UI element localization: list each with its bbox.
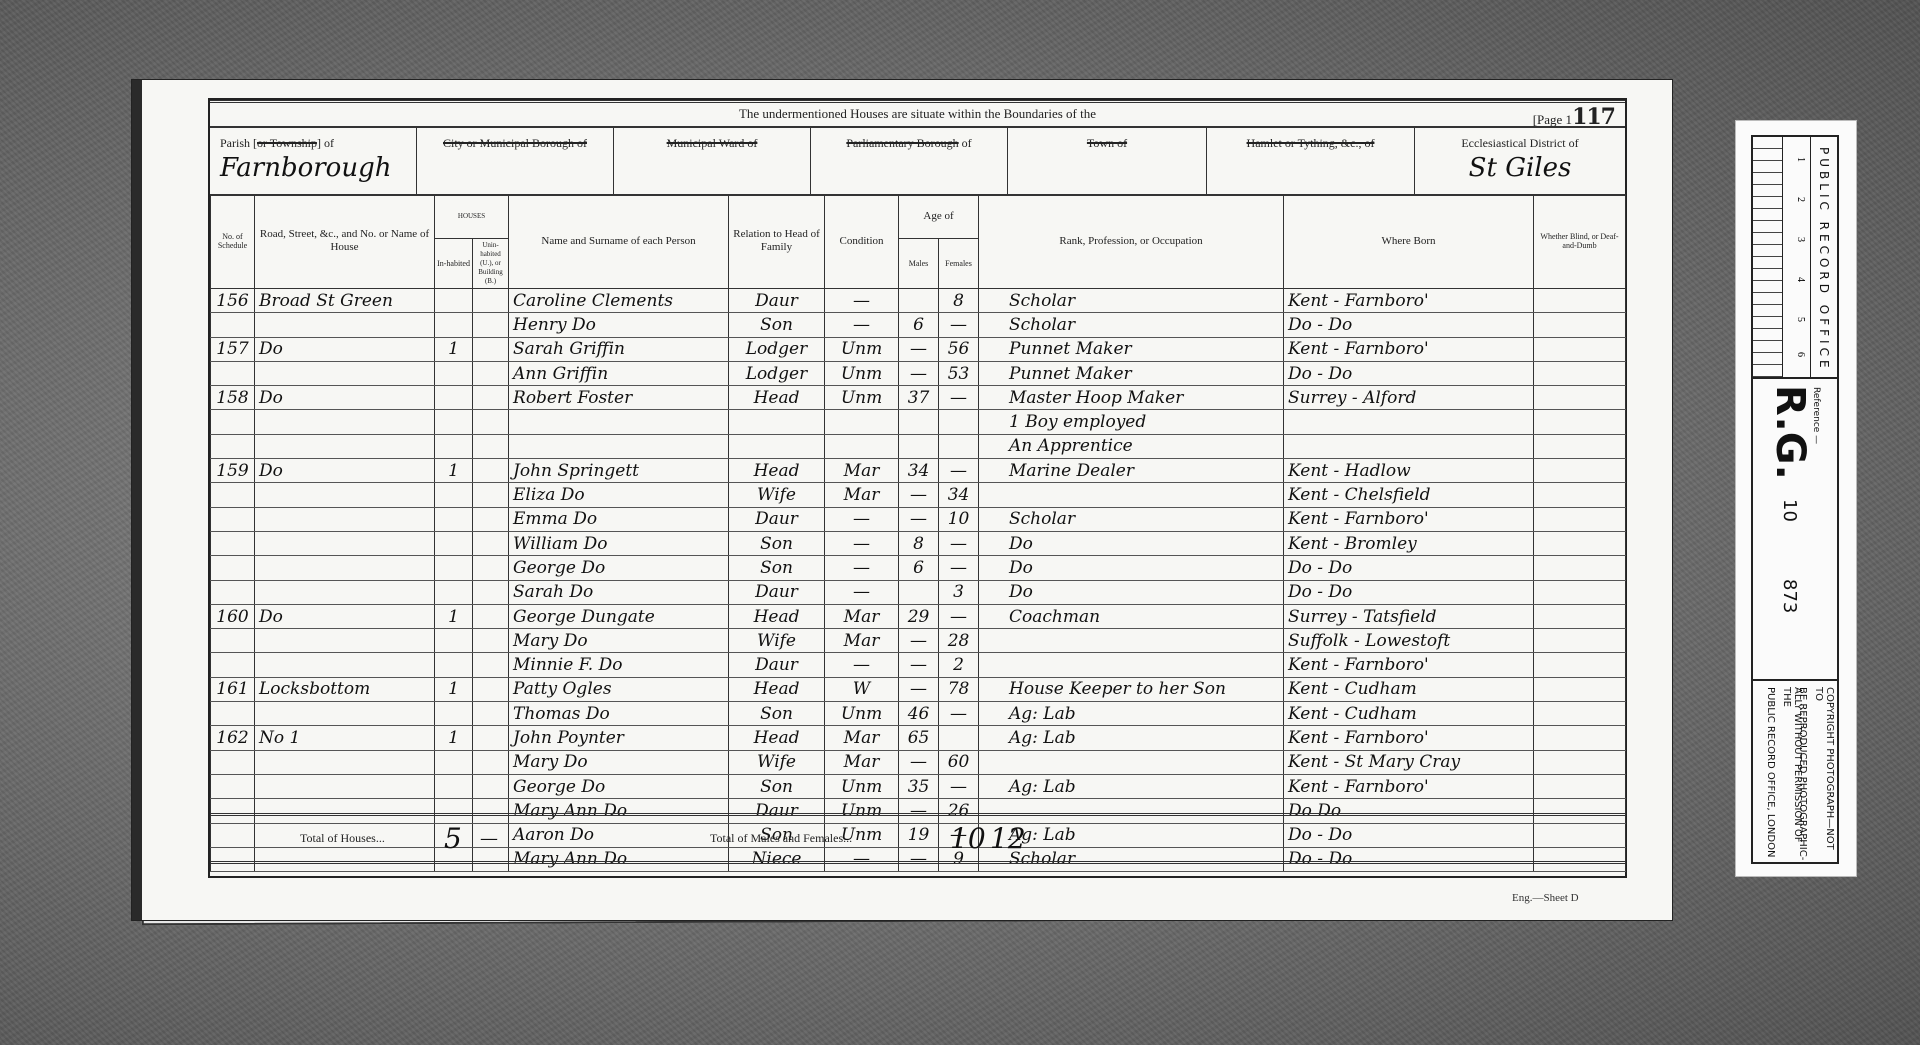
road-cell: Broad St Green — [255, 289, 435, 313]
inhabited-cell: 1 — [435, 604, 473, 628]
scale-mark: 4 — [1795, 277, 1806, 282]
born-cell: Surrey - Tatsfield — [1284, 604, 1534, 628]
relation-cell: Head — [729, 386, 825, 410]
relation-cell: Daur — [729, 653, 825, 677]
ecclesiastical-value: St Giles — [1415, 153, 1625, 183]
town-label: Town of — [1087, 136, 1127, 150]
table-row: Mary DoWifeMar—60Kent - St Mary Cray — [211, 750, 1626, 774]
name-cell: Mary Do — [509, 629, 729, 653]
relation-cell: Wife — [729, 750, 825, 774]
relation-cell: Son — [729, 702, 825, 726]
condition-cell: — — [825, 289, 899, 313]
parliamentary-cell: Parliamentary Borough of — [811, 128, 1008, 194]
uninhabited-cell — [473, 750, 509, 774]
schedule-cell: 159 — [211, 459, 255, 483]
table-row: 159Do1John SpringettHeadMar34—Marine Dea… — [211, 459, 1626, 483]
road-cell — [255, 774, 435, 798]
uninhabited-cell — [473, 459, 509, 483]
schedule-cell: 160 — [211, 604, 255, 628]
female-age-cell: 56 — [939, 337, 979, 361]
name-cell: George Do — [509, 774, 729, 798]
relation-cell: Wife — [729, 629, 825, 653]
parish-suffix: ] of — [317, 136, 334, 150]
road-cell: Do — [255, 604, 435, 628]
male-age-cell: — — [899, 750, 939, 774]
name-cell: Ann Griffin — [509, 361, 729, 385]
table-row: George DoSon—6—DoDo - Do — [211, 556, 1626, 580]
male-age-cell: — — [899, 677, 939, 701]
born-cell — [1284, 410, 1534, 434]
female-age-cell: — — [939, 313, 979, 337]
disability-cell — [1534, 507, 1626, 531]
road-cell: Locksbottom — [255, 677, 435, 701]
copyright-line-3: ALLY WITHOUT PERMISSION OF THE — [1781, 687, 1803, 862]
inhabited-cell — [435, 507, 473, 531]
born-cell: Do - Do — [1284, 580, 1534, 604]
inhabited-cell — [435, 580, 473, 604]
col-condition: Condition — [825, 194, 899, 289]
occupation-cell — [979, 750, 1284, 774]
female-age-cell — [939, 434, 979, 458]
male-age-cell — [899, 580, 939, 604]
occupation-cell — [979, 653, 1284, 677]
relation-cell: Son — [729, 313, 825, 337]
name-cell: Eliza Do — [509, 483, 729, 507]
born-cell: Do - Do — [1284, 361, 1534, 385]
occupation-cell: Ag: Lab — [979, 702, 1284, 726]
table-row: Emma DoDaur——10ScholarKent - Farnboro' — [211, 507, 1626, 531]
relation-cell — [729, 434, 825, 458]
table-row: 162No 11John PoynterHeadMar65Ag: LabKent… — [211, 726, 1626, 750]
condition-cell: — — [825, 556, 899, 580]
scale-mark: 3 — [1795, 237, 1806, 242]
header-row: No. of Schedule Road, Street, &c., and N… — [211, 194, 1626, 239]
condition-cell: Mar — [825, 604, 899, 628]
scale-mark: 1 — [1795, 157, 1806, 162]
col-disability: Whether Blind, or Deaf-and-Dumb — [1534, 194, 1626, 289]
census-rows: 156Broad St GreenCaroline ClementsDaur—8… — [211, 289, 1626, 872]
occupation-cell — [979, 483, 1284, 507]
disability-cell — [1534, 410, 1626, 434]
schedule-cell: 162 — [211, 726, 255, 750]
road-cell — [255, 750, 435, 774]
disability-cell — [1534, 313, 1626, 337]
male-age-cell: — — [899, 361, 939, 385]
uninhabited-cell — [473, 507, 509, 531]
condition-cell: — — [825, 507, 899, 531]
female-age-cell: — — [939, 604, 979, 628]
occupation-cell: Punnet Maker — [979, 337, 1284, 361]
schedule-cell — [211, 410, 255, 434]
table-row: Eliza DoWifeMar—34Kent - Chelsfield — [211, 483, 1626, 507]
name-cell: George Do — [509, 556, 729, 580]
female-age-cell: 60 — [939, 750, 979, 774]
female-age-cell: — — [939, 531, 979, 555]
road-cell — [255, 434, 435, 458]
name-cell: Henry Do — [509, 313, 729, 337]
male-age-cell: 34 — [899, 459, 939, 483]
name-cell: John Springett — [509, 459, 729, 483]
table-row: George DoSonUnm35—Ag: LabKent - Farnboro… — [211, 774, 1626, 798]
occupation-cell: Do — [979, 556, 1284, 580]
female-age-cell — [939, 410, 979, 434]
table-row: Sarah DoDaur—3DoDo - Do — [211, 580, 1626, 604]
name-cell: Sarah Do — [509, 580, 729, 604]
schedule-cell — [211, 774, 255, 798]
uninhabited-cell — [473, 556, 509, 580]
parish-label: Parish [ — [220, 136, 257, 150]
male-age-cell: 6 — [899, 556, 939, 580]
occupation-cell: Do — [979, 531, 1284, 555]
ruler-office: PUBLIC RECORD OFFICE — [1811, 137, 1837, 377]
female-age-cell: — — [939, 556, 979, 580]
col-schedule: No. of Schedule — [211, 194, 255, 289]
female-age-cell: — — [939, 702, 979, 726]
scale-mark: 5 — [1795, 317, 1806, 322]
born-cell: Kent - St Mary Cray — [1284, 750, 1534, 774]
col-relation: Relation to Head of Family — [729, 194, 825, 289]
totals-row: Total of Houses... 5 — Total of Males an… — [210, 813, 1625, 864]
name-cell: Minnie F. Do — [509, 653, 729, 677]
uninhabited-cell — [473, 677, 509, 701]
born-cell: Kent - Chelsfield — [1284, 483, 1534, 507]
female-age-cell: — — [939, 774, 979, 798]
col-road: Road, Street, &c., and No. or Name of Ho… — [255, 194, 435, 289]
road-cell — [255, 629, 435, 653]
top-rule — [210, 100, 1625, 103]
condition-cell: — — [825, 531, 899, 555]
disability-cell — [1534, 653, 1626, 677]
born-cell: Kent - Farnboro' — [1284, 507, 1534, 531]
name-cell: Patty Ogles — [509, 677, 729, 701]
occupation-cell: House Keeper to her Son — [979, 677, 1284, 701]
road-cell — [255, 410, 435, 434]
disability-cell — [1534, 629, 1626, 653]
uninhabited-cell — [473, 629, 509, 653]
disability-cell — [1534, 483, 1626, 507]
uninhabited-cell — [473, 531, 509, 555]
born-cell: Surrey - Alford — [1284, 386, 1534, 410]
male-age-cell: 8 — [899, 531, 939, 555]
total-persons-label: Total of Males and Females... — [710, 831, 852, 846]
condition-cell: Mar — [825, 459, 899, 483]
name-cell: John Poynter — [509, 726, 729, 750]
total-houses-uninhabited: — — [480, 828, 498, 849]
born-cell: Do - Do — [1284, 556, 1534, 580]
male-age-cell — [899, 410, 939, 434]
relation-cell: Wife — [729, 483, 825, 507]
table-row: 161Locksbottom1Patty OglesHeadW—78House … — [211, 677, 1626, 701]
name-cell: Thomas Do — [509, 702, 729, 726]
table-row: 158DoRobert FosterHeadUnm37—Master Hoop … — [211, 386, 1626, 410]
occupation-cell: Ag: Lab — [979, 774, 1284, 798]
disability-cell — [1534, 556, 1626, 580]
reference-block: Reference — R.G. 10 873 — [1753, 379, 1837, 681]
relation-cell: Head — [729, 677, 825, 701]
col-uninhabited: Unin-habited (U.), or Building (B.) — [473, 239, 509, 289]
born-cell — [1284, 434, 1534, 458]
schedule-cell — [211, 750, 255, 774]
male-age-cell: — — [899, 483, 939, 507]
table-row: 156Broad St GreenCaroline ClementsDaur—8… — [211, 289, 1626, 313]
uninhabited-cell — [473, 410, 509, 434]
road-cell: Do — [255, 386, 435, 410]
uninhabited-cell — [473, 653, 509, 677]
office-name: PUBLIC RECORD OFFICE — [1817, 147, 1831, 372]
inhabited-cell — [435, 556, 473, 580]
relation-cell: Head — [729, 459, 825, 483]
schedule-cell — [211, 507, 255, 531]
place-row: Parish [or Township] of Farnborough City… — [210, 126, 1625, 196]
col-males: Males — [899, 239, 939, 289]
relation-cell: Daur — [729, 507, 825, 531]
disability-cell — [1534, 774, 1626, 798]
inhabited-cell — [435, 531, 473, 555]
census-table: No. of Schedule Road, Street, &c., and N… — [210, 194, 1626, 872]
col-age: Age of — [899, 194, 979, 239]
table-row: An Apprentice — [211, 434, 1626, 458]
inhabited-cell — [435, 483, 473, 507]
disability-cell — [1534, 459, 1626, 483]
parliamentary-label: Parliamentary Borough — [846, 136, 958, 150]
census-form: The undermentioned Houses are situate wi… — [208, 98, 1627, 878]
ruler-ticks — [1753, 137, 1783, 377]
born-cell: Kent - Farnboro' — [1284, 653, 1534, 677]
col-occupation: Rank, Profession, or Occupation — [979, 194, 1284, 289]
schedule-cell: 156 — [211, 289, 255, 313]
table-row: William DoSon—8—DoKent - Bromley — [211, 531, 1626, 555]
road-cell — [255, 507, 435, 531]
occupation-cell: Do — [979, 580, 1284, 604]
occupation-cell: Master Hoop Maker — [979, 386, 1284, 410]
parish-struck: or Township — [257, 136, 317, 150]
condition-cell — [825, 434, 899, 458]
relation-cell: Head — [729, 604, 825, 628]
table-row: Thomas DoSonUnm46—Ag: LabKent - Cudham — [211, 702, 1626, 726]
table-row: 157Do1Sarah GriffinLodgerUnm—56Punnet Ma… — [211, 337, 1626, 361]
col-females: Females — [939, 239, 979, 289]
occupation-cell — [979, 629, 1284, 653]
road-cell — [255, 556, 435, 580]
road-cell — [255, 580, 435, 604]
copyright-line-1: COPYRIGHT PHOTOGRAPH—NOT TO — [1813, 687, 1835, 862]
sheet-label: Eng.—Sheet D — [1512, 892, 1579, 904]
scale-mark: 2 — [1795, 197, 1806, 202]
condition-cell: W — [825, 677, 899, 701]
born-cell: Suffolk - Lowestoft — [1284, 629, 1534, 653]
schedule-cell — [211, 361, 255, 385]
occupation-cell: Scholar — [979, 507, 1284, 531]
born-cell: Kent - Bromley — [1284, 531, 1534, 555]
uninhabited-cell — [473, 434, 509, 458]
male-age-cell: 37 — [899, 386, 939, 410]
uninhabited-cell — [473, 361, 509, 385]
road-cell — [255, 531, 435, 555]
inhabited-cell — [435, 702, 473, 726]
name-cell — [509, 410, 729, 434]
schedule-cell — [211, 531, 255, 555]
parliamentary-suffix: of — [959, 136, 972, 150]
female-age-cell: 8 — [939, 289, 979, 313]
inhabited-cell — [435, 289, 473, 313]
copyright-block: COPYRIGHT PHOTOGRAPH—NOT TO BE REPRODUCE… — [1753, 681, 1837, 862]
uninhabited-cell — [473, 313, 509, 337]
inhabited-cell — [435, 361, 473, 385]
ecclesiastical-label: Ecclesiastical District of — [1461, 136, 1578, 150]
uninhabited-cell — [473, 289, 509, 313]
relation-cell: Lodger — [729, 361, 825, 385]
name-cell: Robert Foster — [509, 386, 729, 410]
inhabited-cell — [435, 629, 473, 653]
occupation-cell: Coachman — [979, 604, 1284, 628]
name-cell: Sarah Griffin — [509, 337, 729, 361]
parish-value: Farnborough — [220, 153, 416, 183]
ruler-numbers: 1 2 3 4 5 6 — [1783, 137, 1811, 377]
col-born: Where Born — [1284, 194, 1534, 289]
disability-cell — [1534, 702, 1626, 726]
name-cell: William Do — [509, 531, 729, 555]
female-age-cell: — — [939, 459, 979, 483]
schedule-cell — [211, 556, 255, 580]
uninhabited-cell — [473, 774, 509, 798]
road-cell — [255, 361, 435, 385]
uninhabited-cell — [473, 726, 509, 750]
disability-cell — [1534, 580, 1626, 604]
male-age-cell: 65 — [899, 726, 939, 750]
occupation-cell: Scholar — [979, 289, 1284, 313]
male-age-cell: 29 — [899, 604, 939, 628]
borough-label: City or Municipal Borough of — [443, 136, 587, 150]
schedule-cell — [211, 483, 255, 507]
table-row: 160Do1George DungateHeadMar29—CoachmanSu… — [211, 604, 1626, 628]
uninhabited-cell — [473, 580, 509, 604]
female-age-cell: 28 — [939, 629, 979, 653]
schedule-cell: 158 — [211, 386, 255, 410]
condition-cell: Mar — [825, 629, 899, 653]
road-cell — [255, 313, 435, 337]
condition-cell: — — [825, 653, 899, 677]
ward-label: Municipal Ward of — [667, 136, 758, 150]
inhabited-cell — [435, 386, 473, 410]
town-cell: Town of — [1008, 128, 1207, 194]
condition-cell: — — [825, 313, 899, 337]
inhabited-cell: 1 — [435, 459, 473, 483]
relation-cell — [729, 410, 825, 434]
road-cell — [255, 702, 435, 726]
road-cell: No 1 — [255, 726, 435, 750]
name-cell: Mary Do — [509, 750, 729, 774]
occupation-cell: Scholar — [979, 313, 1284, 337]
condition-cell: Unm — [825, 774, 899, 798]
born-cell: Kent - Farnboro' — [1284, 337, 1534, 361]
born-cell: Do - Do — [1284, 313, 1534, 337]
occupation-cell: Punnet Maker — [979, 361, 1284, 385]
relation-cell: Son — [729, 774, 825, 798]
female-age-cell — [939, 726, 979, 750]
parish-cell: Parish [or Township] of Farnborough — [210, 128, 417, 194]
relation-cell: Son — [729, 556, 825, 580]
borough-cell: City or Municipal Borough of — [417, 128, 614, 194]
disability-cell — [1534, 386, 1626, 410]
born-cell: Kent - Hadlow — [1284, 459, 1534, 483]
male-age-cell: 35 — [899, 774, 939, 798]
female-age-cell: 2 — [939, 653, 979, 677]
disability-cell — [1534, 289, 1626, 313]
schedule-cell — [211, 702, 255, 726]
name-cell: George Dungate — [509, 604, 729, 628]
ecclesiastical-cell: Ecclesiastical District of St Giles — [1415, 128, 1625, 194]
total-houses-inhabited: 5 — [444, 822, 462, 855]
table-row: Mary DoWifeMar—28Suffolk - Lowestoft — [211, 629, 1626, 653]
reference-slip: 1 2 3 4 5 6 PUBLIC RECORD OFFICE Referen… — [1735, 120, 1857, 877]
condition-cell: Unm — [825, 386, 899, 410]
schedule-cell — [211, 313, 255, 337]
female-age-cell: 78 — [939, 677, 979, 701]
condition-cell: Unm — [825, 702, 899, 726]
condition-cell — [825, 410, 899, 434]
male-age-cell: — — [899, 653, 939, 677]
born-cell: Kent - Farnboro' — [1284, 726, 1534, 750]
disability-cell — [1534, 604, 1626, 628]
schedule-cell: 157 — [211, 337, 255, 361]
inhabited-cell — [435, 410, 473, 434]
ward-cell: Municipal Ward of — [614, 128, 811, 194]
table-row: Henry DoSon—6—ScholarDo - Do — [211, 313, 1626, 337]
male-age-cell — [899, 289, 939, 313]
uninhabited-cell — [473, 386, 509, 410]
female-age-cell: 53 — [939, 361, 979, 385]
relation-cell: Daur — [729, 580, 825, 604]
name-cell: Emma Do — [509, 507, 729, 531]
condition-cell: Mar — [825, 483, 899, 507]
inhabited-cell — [435, 653, 473, 677]
male-age-cell: — — [899, 337, 939, 361]
schedule-cell: 161 — [211, 677, 255, 701]
name-cell: Caroline Clements — [509, 289, 729, 313]
schedule-cell — [211, 653, 255, 677]
born-cell: Kent - Cudham — [1284, 677, 1534, 701]
inhabited-cell: 1 — [435, 726, 473, 750]
series-code: R.G. — [1767, 385, 1813, 480]
scale-ruler: 1 2 3 4 5 6 PUBLIC RECORD OFFICE — [1753, 137, 1837, 379]
condition-cell: Unm — [825, 337, 899, 361]
inhabited-cell — [435, 774, 473, 798]
road-cell: Do — [255, 459, 435, 483]
condition-cell: Mar — [825, 750, 899, 774]
condition-cell: Mar — [825, 726, 899, 750]
inhabited-cell — [435, 313, 473, 337]
disability-cell — [1534, 434, 1626, 458]
schedule-cell — [211, 434, 255, 458]
piece-number: 10 — [1779, 499, 1800, 522]
hamlet-cell: Hamlet or Tything, &c., of — [1207, 128, 1415, 194]
relation-cell: Lodger — [729, 337, 825, 361]
total-females: 12 — [990, 822, 1026, 855]
disability-cell — [1534, 677, 1626, 701]
male-age-cell: — — [899, 629, 939, 653]
road-cell — [255, 653, 435, 677]
disability-cell — [1534, 750, 1626, 774]
male-age-cell: — — [899, 507, 939, 531]
schedule-cell — [211, 580, 255, 604]
uninhabited-cell — [473, 483, 509, 507]
name-cell — [509, 434, 729, 458]
male-age-cell — [899, 434, 939, 458]
total-houses-label: Total of Houses... — [300, 831, 385, 846]
female-age-cell: 34 — [939, 483, 979, 507]
inhabited-cell: 1 — [435, 337, 473, 361]
male-age-cell: 46 — [899, 702, 939, 726]
